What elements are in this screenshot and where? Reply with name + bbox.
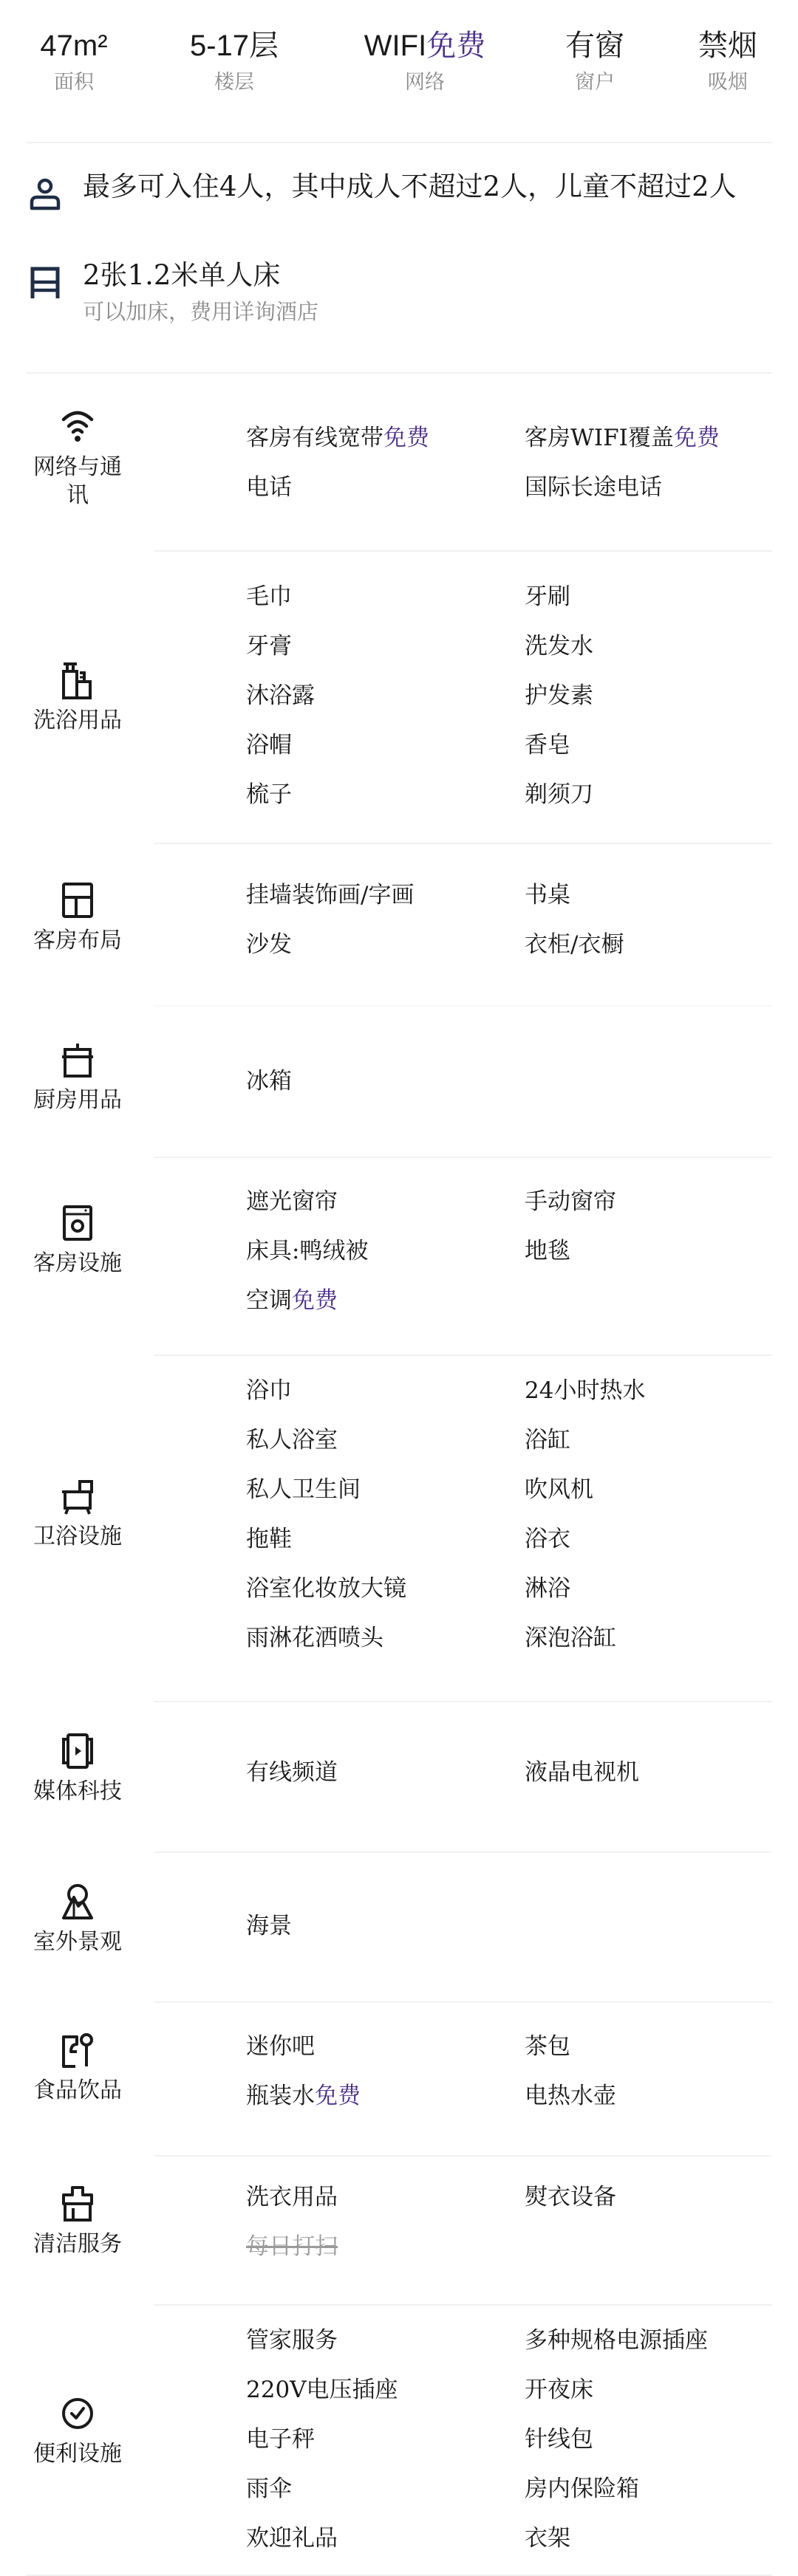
amenity-item: 欢迎礼品: [246, 2514, 525, 2563]
amenity-item: 管家服务: [246, 2316, 525, 2366]
amenity-item: 电热水壶: [525, 2072, 778, 2121]
stat-area-value: 47m²: [0, 28, 148, 64]
category-outdoor-view: 室外景观: [15, 1883, 140, 1956]
section-network: 网络与通讯 客房有线宽带免费 客房WIFI覆盖免费 电话 国际长途电话: [0, 374, 798, 550]
amenity-item: 洗衣用品: [246, 2173, 525, 2222]
amenity-item: 私人浴室: [246, 1416, 525, 1465]
category-media: 媒体科技: [15, 1732, 140, 1806]
toiletries-icon: [61, 661, 95, 699]
amenity-list: 迷你吧 茶包 瓶装水免费 电热水壶: [246, 2022, 778, 2121]
cleaning-icon: [61, 2185, 95, 2223]
amenity-item: 洗发水: [525, 622, 778, 671]
outdoor-view-icon: [61, 1883, 95, 1921]
amenity-item: 拖鞋: [246, 1515, 525, 1564]
stat-network-label: 网络: [329, 69, 521, 96]
amenity-item: 浴室化妆放大镜: [246, 1564, 525, 1614]
amenity-item: 冰箱: [246, 1057, 525, 1106]
amenity-list: 冰箱: [246, 1057, 778, 1106]
amenity-item: 挂墙装饰画/字画: [246, 871, 525, 920]
max-guests-text: 最多可入住4人，其中成人不超过2人，儿童不超过2人: [83, 170, 777, 204]
stat-floor-label: 楼层: [160, 69, 308, 96]
category-convenience: 便利设施: [15, 2394, 140, 2468]
stat-smoking-value: 禁烟: [654, 28, 798, 64]
amenity-item: 客房有线宽带免费: [246, 414, 525, 463]
section-cleaning: 清洁服务 洗衣用品 熨衣设备 每日打扫: [0, 2157, 798, 2304]
stat-network-value: WIFI免费: [329, 28, 521, 64]
stat-smoking-label: 吸烟: [654, 69, 798, 96]
amenity-item: 沙发: [246, 920, 525, 970]
stat-area: 47m² 面积: [0, 28, 148, 96]
category-room-facilities: 客房设施: [15, 1204, 140, 1278]
amenity-item: 深泡浴缸: [525, 1614, 778, 1663]
check-circle-icon: [61, 2394, 95, 2433]
amenity-item: 手动窗帘: [525, 1177, 778, 1227]
bed-type-text: 2张1.2米单人床: [83, 258, 777, 292]
amenity-item: 香皂: [525, 721, 778, 770]
amenity-item: 液晶电视机: [525, 1748, 778, 1798]
amenity-list: 有线频道 液晶电视机: [246, 1748, 778, 1798]
amenity-item: 迷你吧: [246, 2022, 525, 2072]
section-convenience: 便利设施 管家服务 多种规格电源插座 220V电压插座 开夜床 电子秤 针线包 …: [0, 2306, 798, 2576]
room-layout-icon: [61, 881, 95, 919]
category-network: 网络与通讯: [15, 408, 140, 510]
amenity-item: 220V电压插座: [246, 2366, 525, 2415]
amenity-item: 剃须刀: [525, 770, 778, 820]
category-label: 厨房用品: [15, 1086, 140, 1114]
amenity-item-unavailable: 每日打扫: [246, 2222, 525, 2272]
amenity-item: 24小时热水: [525, 1366, 778, 1416]
category-label: 洗浴用品: [15, 707, 140, 735]
stat-smoking: 禁烟 吸烟: [654, 28, 798, 96]
amenity-item: 衣架: [525, 2514, 778, 2563]
category-label: 媒体科技: [15, 1778, 140, 1806]
food-drink-icon: [61, 2031, 95, 2069]
amenity-item: 书桌: [525, 871, 778, 920]
amenity-item: 床具:鸭绒被: [246, 1227, 525, 1276]
category-room-layout: 客房布局: [15, 881, 140, 955]
amenity-item: 地毯: [525, 1227, 778, 1276]
amenity-item: 有线频道: [246, 1748, 525, 1798]
amenity-list: 洗衣用品 熨衣设备 每日打扫: [246, 2173, 778, 2272]
amenity-list: 管家服务 多种规格电源插座 220V电压插座 开夜床 电子秤 针线包 雨伞 房内…: [246, 2316, 778, 2563]
section-room-facilities: 客房设施 遮光窗帘 手动窗帘 床具:鸭绒被 地毯 空调免费: [0, 1158, 798, 1354]
amenity-list: 海景: [246, 1902, 778, 1951]
amenity-list: 毛巾 牙刷 牙膏 洗发水 沐浴露 护发素 浴帽 香皂 梳子 剃须刀: [246, 572, 778, 820]
amenity-item: 雨淋花洒喷头: [246, 1614, 525, 1663]
amenity-list: 遮光窗帘 手动窗帘 床具:鸭绒被 地毯 空调免费: [246, 1177, 778, 1326]
amenity-item: 私人卫生间: [246, 1465, 525, 1515]
stat-floor: 5-17层 楼层: [160, 28, 308, 96]
wifi-icon: [61, 408, 95, 446]
amenity-item: 衣柜/衣橱: [525, 920, 778, 970]
section-room-layout: 客房布局 挂墙装饰画/字画 书桌 沙发 衣柜/衣橱: [0, 844, 798, 1005]
amenity-item: 客房WIFI覆盖免费: [525, 414, 778, 463]
kitchen-pot-icon: [61, 1041, 95, 1079]
amenity-item: 国际长途电话: [525, 463, 778, 513]
amenity-list: 挂墙装饰画/字画 书桌 沙发 衣柜/衣橱: [246, 871, 778, 970]
free-tag: 免费: [674, 425, 720, 451]
washing-machine-icon: [61, 1204, 95, 1242]
divider: [26, 142, 772, 143]
stat-network-wifi: WIFI: [364, 30, 426, 62]
amenity-item: 空调免费: [246, 1276, 525, 1326]
category-label: 便利设施: [15, 2440, 140, 2468]
bathtub-icon: [61, 1477, 95, 1515]
amenity-item: 梳子: [246, 770, 525, 820]
section-media: 媒体科技 有线频道 液晶电视机: [0, 1702, 798, 1851]
category-toiletries: 洗浴用品: [15, 661, 140, 735]
free-tag: 免费: [426, 29, 485, 63]
amenity-item: 牙刷: [525, 572, 778, 622]
category-cleaning: 清洁服务: [15, 2185, 140, 2258]
extra-bed-note: 可以加床，费用详询酒店: [83, 298, 318, 325]
amenity-item: 吹风机: [525, 1465, 778, 1515]
amenity-item: 毛巾: [246, 572, 525, 622]
amenity-list: 客房有线宽带免费 客房WIFI覆盖免费 电话 国际长途电话: [246, 414, 778, 513]
stat-floor-value: 5-17层: [160, 28, 308, 64]
room-stats: 47m² 面积 5-17层 楼层 WIFI免费 网络 有窗 窗户 禁烟 吸烟: [0, 0, 798, 143]
free-tag: 免费: [292, 1287, 338, 1314]
amenity-item: 牙膏: [246, 622, 525, 671]
category-label: 食品饮品: [15, 2077, 140, 2105]
stat-window: 有窗 窗户: [521, 28, 669, 96]
section-bathroom: 卫浴设施 浴巾 24小时热水 私人浴室 浴缸 私人卫生间 吹风机 拖鞋 浴衣 浴…: [0, 1356, 798, 1701]
amenity-item: 瓶装水免费: [246, 2072, 525, 2121]
amenity-item: 沐浴露: [246, 671, 525, 721]
amenity-item: 浴帽: [246, 721, 525, 770]
category-food-drink: 食品饮品: [15, 2031, 140, 2105]
amenity-item: 遮光窗帘: [246, 1177, 525, 1227]
amenity-item: 电子秤: [246, 2415, 525, 2464]
amenity-item: 浴衣: [525, 1515, 778, 1564]
amenity-item: 开夜床: [525, 2366, 778, 2415]
amenity-item: 浴巾: [246, 1366, 525, 1416]
category-bathroom: 卫浴设施: [15, 1477, 140, 1551]
amenity-item: 雨伞: [246, 2464, 525, 2514]
bed-icon: [28, 266, 62, 300]
amenity-item: 电话: [246, 463, 525, 513]
section-toiletries: 洗浴用品 毛巾 牙刷 牙膏 洗发水 沐浴露 护发素 浴帽 香皂 梳子 剃须刀: [0, 552, 798, 843]
category-kitchen: 厨房用品: [15, 1041, 140, 1114]
category-label: 网络与通讯: [15, 453, 140, 510]
category-label: 清洁服务: [15, 2230, 140, 2258]
amenity-item: 针线包: [525, 2415, 778, 2464]
amenity-item: 房内保险箱: [525, 2464, 778, 2514]
amenity-item: 淋浴: [525, 1564, 778, 1614]
person-icon: [28, 177, 62, 211]
stat-window-label: 窗户: [521, 69, 669, 96]
stat-area-label: 面积: [0, 69, 148, 96]
amenity-item: 多种规格电源插座: [525, 2316, 778, 2366]
amenity-item: 茶包: [525, 2022, 778, 2072]
amenity-item: 浴缸: [525, 1416, 778, 1465]
free-tag: 免费: [315, 2083, 361, 2109]
category-label: 客房布局: [15, 927, 140, 955]
category-label: 客房设施: [15, 1250, 140, 1278]
media-play-icon: [61, 1732, 95, 1770]
category-label: 卫浴设施: [15, 1523, 140, 1551]
section-food-drink: 食品饮品 迷你吧 茶包 瓶装水免费 电热水壶: [0, 2003, 798, 2156]
amenity-item: 海景: [246, 1902, 525, 1951]
free-tag: 免费: [383, 425, 429, 451]
category-label: 室外景观: [15, 1928, 140, 1956]
stat-window-value: 有窗: [521, 28, 669, 64]
section-kitchen: 厨房用品 冰箱: [0, 1007, 798, 1157]
stat-network: WIFI免费 网络: [329, 28, 521, 96]
amenity-item: 护发素: [525, 671, 778, 721]
section-outdoor-view: 室外景观 海景: [0, 1853, 798, 2001]
amenity-list: 浴巾 24小时热水 私人浴室 浴缸 私人卫生间 吹风机 拖鞋 浴衣 浴室化妆放大…: [246, 1366, 778, 1663]
amenity-item: 熨衣设备: [525, 2173, 778, 2222]
